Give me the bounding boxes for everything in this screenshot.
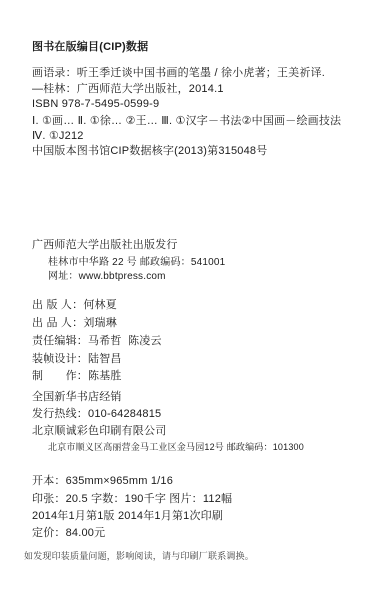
cip-record-number: 中国版本图书馆CIP数据核字(2013)第315048号 xyxy=(32,144,267,158)
credit-row-editor: 责任编辑： 马希哲 陈凌云 xyxy=(32,334,162,348)
credit-row-production: 制 作： 陈基胜 xyxy=(32,369,122,383)
footer-note: 如发现印装质量问题，影响阅读，请与印刷厂联系调换。 xyxy=(24,549,254,563)
credit-value: 刘瑞琳 xyxy=(83,316,117,330)
credit-label: 出 品 人： xyxy=(32,316,83,330)
printer-name: 北京顺诚彩色印刷有限公司 xyxy=(32,424,166,438)
publisher-website: 网址：www.bbtpress.com xyxy=(48,270,166,284)
spec-edition: 2014年1月第1版 2014年1月第1次印刷 xyxy=(32,509,223,523)
cip-header: 图书在版编目(CIP)数据 xyxy=(32,40,148,54)
spec-price: 定价：84.00元 xyxy=(32,526,105,540)
publisher-address: 桂林市中华路 22 号 邮政编码：541001 xyxy=(48,256,225,270)
credit-label: 责任编辑： xyxy=(32,334,88,348)
spec-sheets: 印张：20.5 字数：190千字 图片：112幅 xyxy=(32,492,232,506)
publisher-name: 广西师范大学出版社出版发行 xyxy=(32,238,178,252)
credit-label: 出 版 人： xyxy=(32,298,83,312)
classification-line-1: Ⅰ. ①画… Ⅱ. ①徐… ②王… Ⅲ. ①汉字－书法②中国画－绘画技法 xyxy=(32,114,341,128)
printer-address: 北京市顺义区高丽营金马工业区金马园12号 邮政编码：101300 xyxy=(48,440,304,454)
distribution-line: 全国新华书店经销 xyxy=(32,390,122,404)
cip-publisher-line: —桂林：广西师范大学出版社，2014.1 xyxy=(32,82,224,96)
cip-title-line: 画语录：听王季迁谈中国书画的笔墨 / 徐小虎著；王美祈译. xyxy=(32,66,325,80)
credit-value: 陆智昌 xyxy=(88,352,122,366)
colophon-page: 图书在版编目(CIP)数据 画语录：听王季迁谈中国书画的笔墨 / 徐小虎著；王美… xyxy=(0,0,375,609)
credit-label: 制 作： xyxy=(32,369,88,383)
credit-label: 装帧设计： xyxy=(32,352,88,366)
credit-row-designer: 装帧设计： 陆智昌 xyxy=(32,352,122,366)
hotline-line: 发行热线：010-64284815 xyxy=(32,407,161,421)
spec-format: 开本：635mm×965mm 1/16 xyxy=(32,474,173,488)
credit-value: 何林夏 xyxy=(83,298,117,312)
credit-value: 陈基胜 xyxy=(88,369,122,383)
isbn-line: ISBN 978-7-5495-0599-9 xyxy=(32,97,159,111)
credit-row-producer: 出 品 人： 刘瑞琳 xyxy=(32,316,117,330)
credit-row-publisher-person: 出 版 人： 何林夏 xyxy=(32,298,117,312)
credit-value: 马希哲 陈凌云 xyxy=(88,334,162,348)
classification-line-2: Ⅳ. ①J212 xyxy=(32,129,84,143)
